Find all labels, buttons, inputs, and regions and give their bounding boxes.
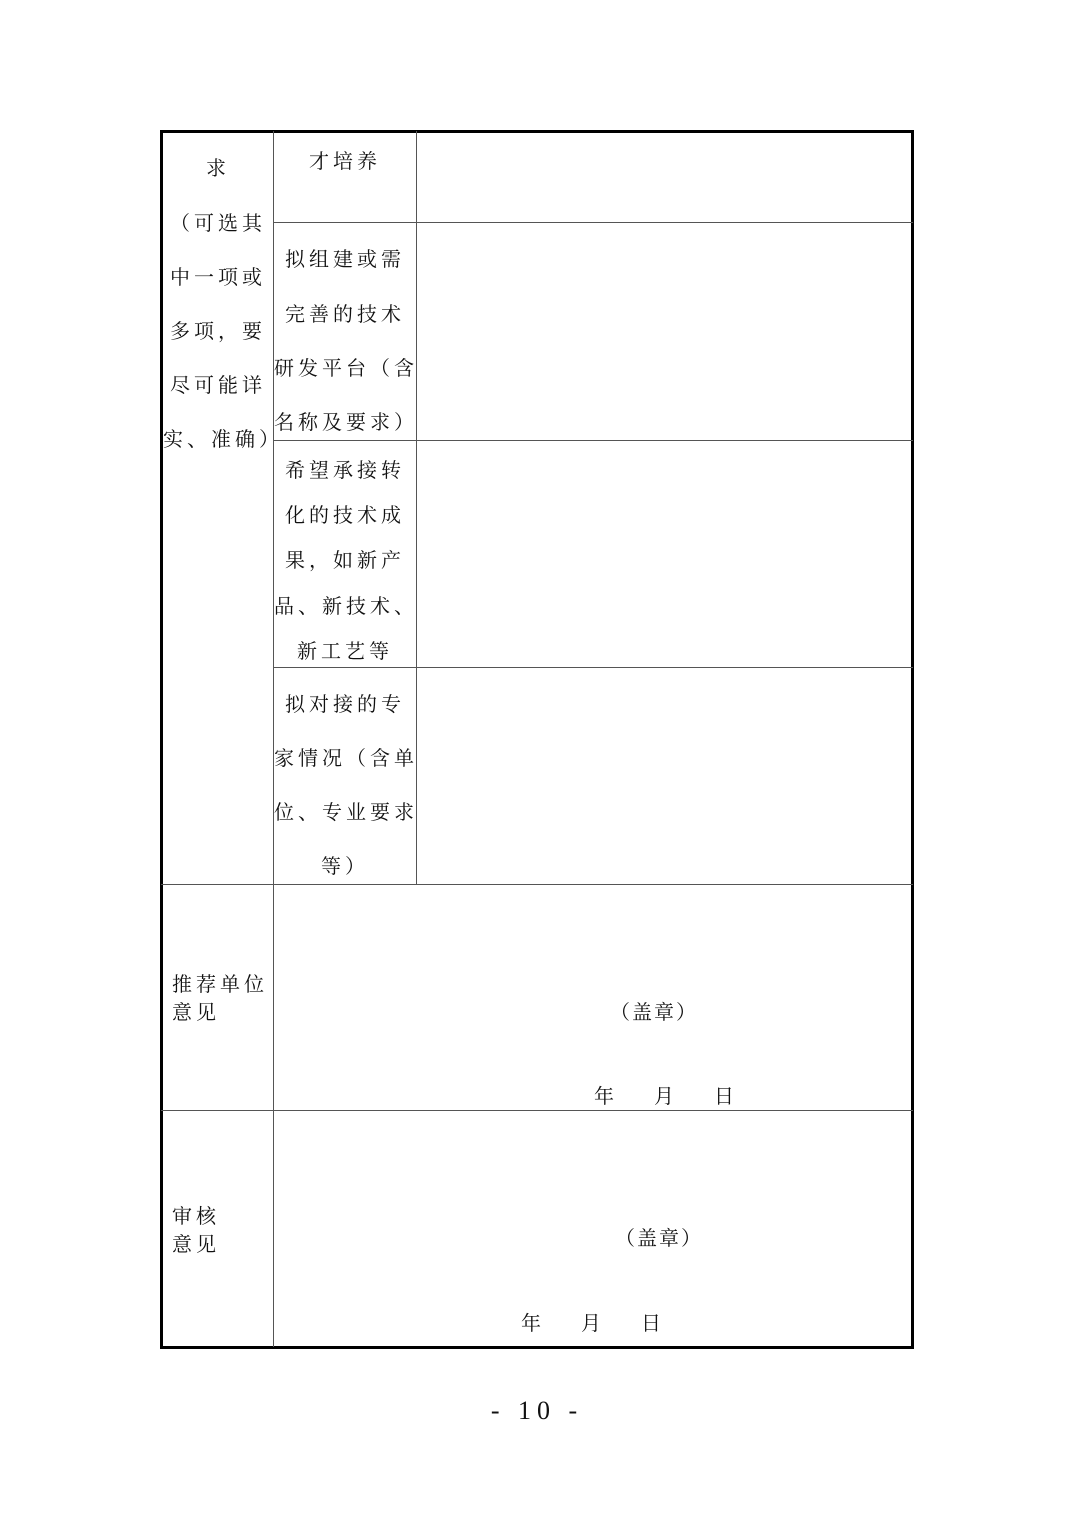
recommend-opinion-label: 推荐单位 — [172, 974, 268, 994]
divider — [273, 667, 913, 668]
divider — [273, 440, 913, 441]
row-label-expert-matching: 拟对接的专 — [274, 694, 416, 714]
row-label-expert-matching: 家情况（含单 — [274, 748, 416, 768]
row-label-tech-transfer: 化的技术成 — [274, 505, 416, 525]
review-opinion-label: 意见 — [172, 1234, 220, 1254]
page-number: - 10 - — [0, 1396, 1074, 1426]
category-label: 多项，要 — [163, 321, 273, 341]
row-label-rd-platform: 研发平台（含 — [274, 358, 416, 378]
divider — [416, 131, 417, 885]
row-label-tech-transfer: 品、新技术、 — [274, 596, 416, 616]
row-label-talent-training: 才培养 — [274, 151, 416, 171]
recommend-opinion-field[interactable] — [275, 886, 912, 1109]
divider — [161, 884, 913, 885]
review-opinion-field[interactable] — [275, 1112, 912, 1345]
row-label-rd-platform: 完善的技术 — [274, 304, 416, 324]
row-label-rd-platform: 拟组建或需 — [274, 249, 416, 269]
expert-matching-field[interactable] — [418, 669, 912, 883]
row-label-expert-matching: 等） — [274, 856, 416, 876]
divider — [273, 222, 913, 223]
row-label-tech-transfer: 果，如新产 — [274, 550, 416, 570]
talent-training-field[interactable] — [418, 132, 912, 221]
category-label: 中一项或 — [163, 267, 273, 287]
recommend-opinion-label: 意见 — [172, 1002, 220, 1022]
category-label: 尽可能详 — [163, 375, 273, 395]
divider — [161, 1110, 913, 1111]
review-opinion-label: 审核 — [172, 1206, 220, 1226]
tech-transfer-field[interactable] — [418, 442, 912, 666]
category-label: （可选其 — [163, 213, 273, 233]
row-label-tech-transfer: 希望承接转 — [274, 460, 416, 480]
row-label-expert-matching: 位、专业要求 — [274, 802, 416, 822]
row-label-tech-transfer: 新工艺等 — [274, 641, 416, 661]
category-label: 求 — [163, 158, 273, 178]
category-label: 实、准确） — [163, 429, 273, 449]
rd-platform-field[interactable] — [418, 224, 912, 439]
row-label-rd-platform: 名称及要求） — [274, 412, 416, 432]
